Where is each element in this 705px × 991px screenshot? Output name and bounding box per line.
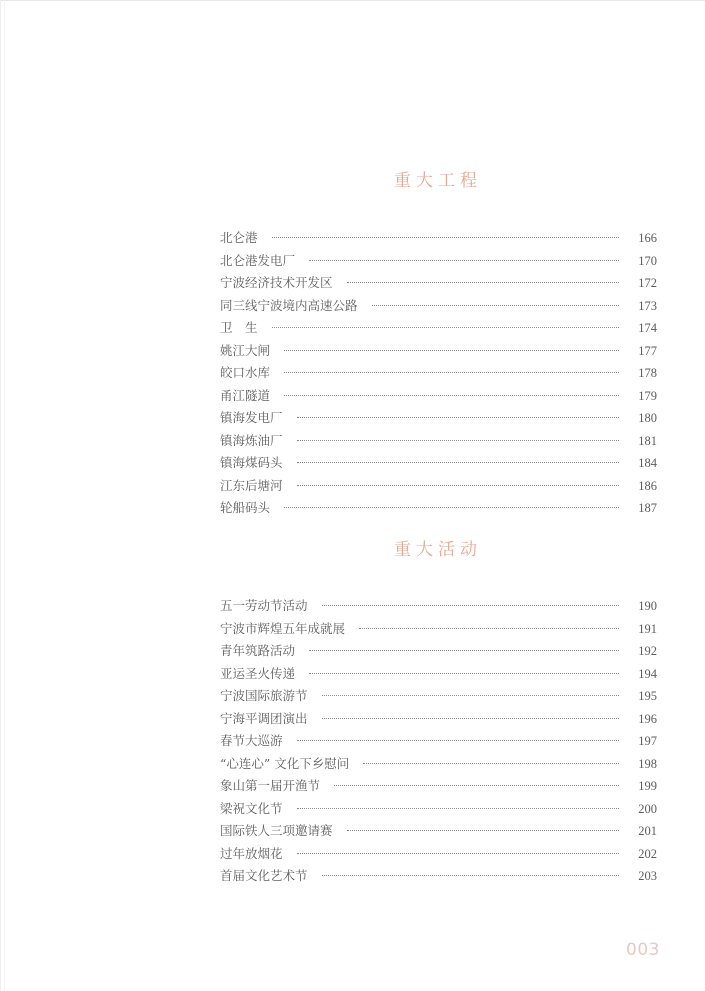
toc-entry[interactable]: 首届文化艺术节 203: [220, 866, 657, 889]
dot-leader: [363, 763, 619, 764]
toc-entry-label: 江东后塘河: [220, 476, 283, 494]
dot-leader: [297, 740, 619, 741]
page-binding-shadow: [4, 0, 5, 991]
toc-entry-label: 宁波经济技术开发区: [220, 273, 333, 291]
dot-leader: [284, 350, 619, 351]
toc-entry[interactable]: 亚运圣火传递 194: [220, 664, 657, 687]
dot-leader: [347, 830, 619, 831]
toc-entry-label: 皎口水库: [220, 363, 270, 381]
toc-entry-page: 198: [635, 757, 657, 772]
page-top-edge: [0, 0, 705, 1]
toc-entry-page: 173: [635, 299, 657, 314]
toc-entry-label: 象山第一届开渔节: [220, 776, 320, 794]
dot-leader: [334, 785, 619, 786]
toc-entry-label: 卫 生: [220, 318, 258, 336]
toc-entry-page: 200: [635, 802, 657, 817]
toc-entry[interactable]: 宁海平调团演出 196: [220, 709, 657, 732]
dot-leader: [297, 485, 619, 486]
dot-leader: [284, 507, 619, 508]
toc-entry[interactable]: 同三线宁波境内高速公路 173: [220, 296, 657, 319]
toc-entry-label: 镇海炼油厂: [220, 431, 283, 449]
toc-entry[interactable]: 过年放烟花 202: [220, 844, 657, 867]
dot-leader: [297, 853, 619, 854]
toc-entry[interactable]: “心连心” 文化下乡慰问 198: [220, 754, 657, 777]
dot-leader: [309, 673, 619, 674]
toc-entry-label: 姚江大闸: [220, 341, 270, 359]
dot-leader: [322, 605, 619, 606]
toc-entry[interactable]: 镇海发电厂 180: [220, 408, 657, 431]
toc-entry[interactable]: 镇海煤码头 184: [220, 453, 657, 476]
toc-entry-label: 轮船码头: [220, 498, 270, 516]
toc-entry-page: 199: [635, 779, 657, 794]
toc-entry[interactable]: 轮船码头 187: [220, 498, 657, 521]
toc-entry-label: 亚运圣火传递: [220, 664, 295, 682]
toc-entry[interactable]: 象山第一届开渔节 199: [220, 776, 657, 799]
toc-entry-label: “心连心” 文化下乡慰问: [220, 754, 349, 772]
toc-entry[interactable]: 镇海炼油厂 181: [220, 431, 657, 454]
toc-entry[interactable]: 宁波国际旅游节 195: [220, 686, 657, 709]
dot-leader: [309, 260, 619, 261]
toc-entry-page: 187: [635, 501, 657, 516]
toc-entry-label: 春节大巡游: [220, 731, 283, 749]
dot-leader: [322, 695, 619, 696]
toc-entry-page: 202: [635, 847, 657, 862]
toc-entry-page: 179: [635, 389, 657, 404]
toc-entry-label: 北仑港发电厂: [220, 251, 295, 269]
toc-entry[interactable]: 江东后塘河 186: [220, 476, 657, 499]
toc-entry-page: 170: [635, 254, 657, 269]
dot-leader: [322, 718, 619, 719]
toc-entry-label: 同三线宁波境内高速公路: [220, 296, 358, 314]
toc-entry-label: 宁波市辉煌五年成就展: [220, 619, 345, 637]
section-title-major-events: 重大活动: [0, 535, 705, 560]
toc-list-major-events: 五一劳动节活动 190 宁波市辉煌五年成就展 191 青年筑路活动 192 亚运…: [220, 596, 657, 889]
toc-entry-page: 180: [635, 411, 657, 426]
toc-list-major-projects: 北仑港 166 北仑港发电厂 170 宁波经济技术开发区 172 同三线宁波境内…: [220, 228, 657, 521]
toc-entry[interactable]: 甬江隧道 179: [220, 386, 657, 409]
toc-entry[interactable]: 宁波经济技术开发区 172: [220, 273, 657, 296]
toc-entry-label: 梁祝文化节: [220, 799, 283, 817]
dot-leader: [309, 650, 619, 651]
dot-leader: [284, 372, 619, 373]
toc-entry-label: 首届文化艺术节: [220, 866, 308, 884]
dot-leader: [284, 395, 619, 396]
toc-entry-label: 甬江隧道: [220, 386, 270, 404]
toc-entry[interactable]: 春节大巡游 197: [220, 731, 657, 754]
toc-entry-label: 过年放烟花: [220, 844, 283, 862]
page-number: 003: [626, 940, 660, 960]
dot-leader: [359, 628, 619, 629]
dot-leader: [297, 417, 619, 418]
toc-entry-label: 镇海发电厂: [220, 408, 283, 426]
toc-entry-label: 宁海平调团演出: [220, 709, 308, 727]
toc-entry-page: 184: [635, 456, 657, 471]
toc-entry-label: 国际铁人三项邀请赛: [220, 821, 333, 839]
toc-entry-page: 172: [635, 276, 657, 291]
dot-leader: [297, 440, 619, 441]
toc-entry-label: 宁波国际旅游节: [220, 686, 308, 704]
toc-entry-page: 197: [635, 734, 657, 749]
toc-entry-label: 五一劳动节活动: [220, 596, 308, 614]
dot-leader: [272, 327, 619, 328]
toc-entry-page: 194: [635, 667, 657, 682]
toc-entry[interactable]: 五一劳动节活动 190: [220, 596, 657, 619]
dot-leader: [297, 808, 619, 809]
toc-entry-page: 195: [635, 689, 657, 704]
toc-entry[interactable]: 梁祝文化节 200: [220, 799, 657, 822]
toc-entry-page: 177: [635, 344, 657, 359]
toc-entry-label: 北仑港: [220, 228, 258, 246]
toc-entry-page: 166: [635, 231, 657, 246]
toc-entry-label: 镇海煤码头: [220, 453, 283, 471]
toc-entry-page: 190: [635, 599, 657, 614]
toc-entry-page: 191: [635, 622, 657, 637]
toc-entry[interactable]: 北仑港发电厂 170: [220, 251, 657, 274]
toc-entry-page: 196: [635, 712, 657, 727]
toc-entry-page: 186: [635, 479, 657, 494]
dot-leader: [322, 875, 619, 876]
toc-entry-page: 201: [635, 824, 657, 839]
toc-entry[interactable]: 青年筑路活动 192: [220, 641, 657, 664]
dot-leader: [272, 237, 619, 238]
section-title-major-projects: 重大工程: [0, 166, 705, 191]
toc-entry[interactable]: 北仑港 166: [220, 228, 657, 251]
dot-leader: [372, 305, 619, 306]
toc-entry[interactable]: 国际铁人三项邀请赛 201: [220, 821, 657, 844]
toc-entry-page: 178: [635, 366, 657, 381]
toc-entry-page: 174: [635, 321, 657, 336]
toc-entry-label: 青年筑路活动: [220, 641, 295, 659]
dot-leader: [297, 462, 619, 463]
dot-leader: [347, 282, 619, 283]
toc-entry-page: 181: [635, 434, 657, 449]
toc-entry-page: 192: [635, 644, 657, 659]
page-left-edge: [0, 0, 1, 991]
toc-entry[interactable]: 卫 生 174: [220, 318, 657, 341]
toc-entry[interactable]: 皎口水库 178: [220, 363, 657, 386]
toc-entry[interactable]: 姚江大闸 177: [220, 341, 657, 364]
toc-entry-page: 203: [635, 869, 657, 884]
toc-entry[interactable]: 宁波市辉煌五年成就展 191: [220, 619, 657, 642]
